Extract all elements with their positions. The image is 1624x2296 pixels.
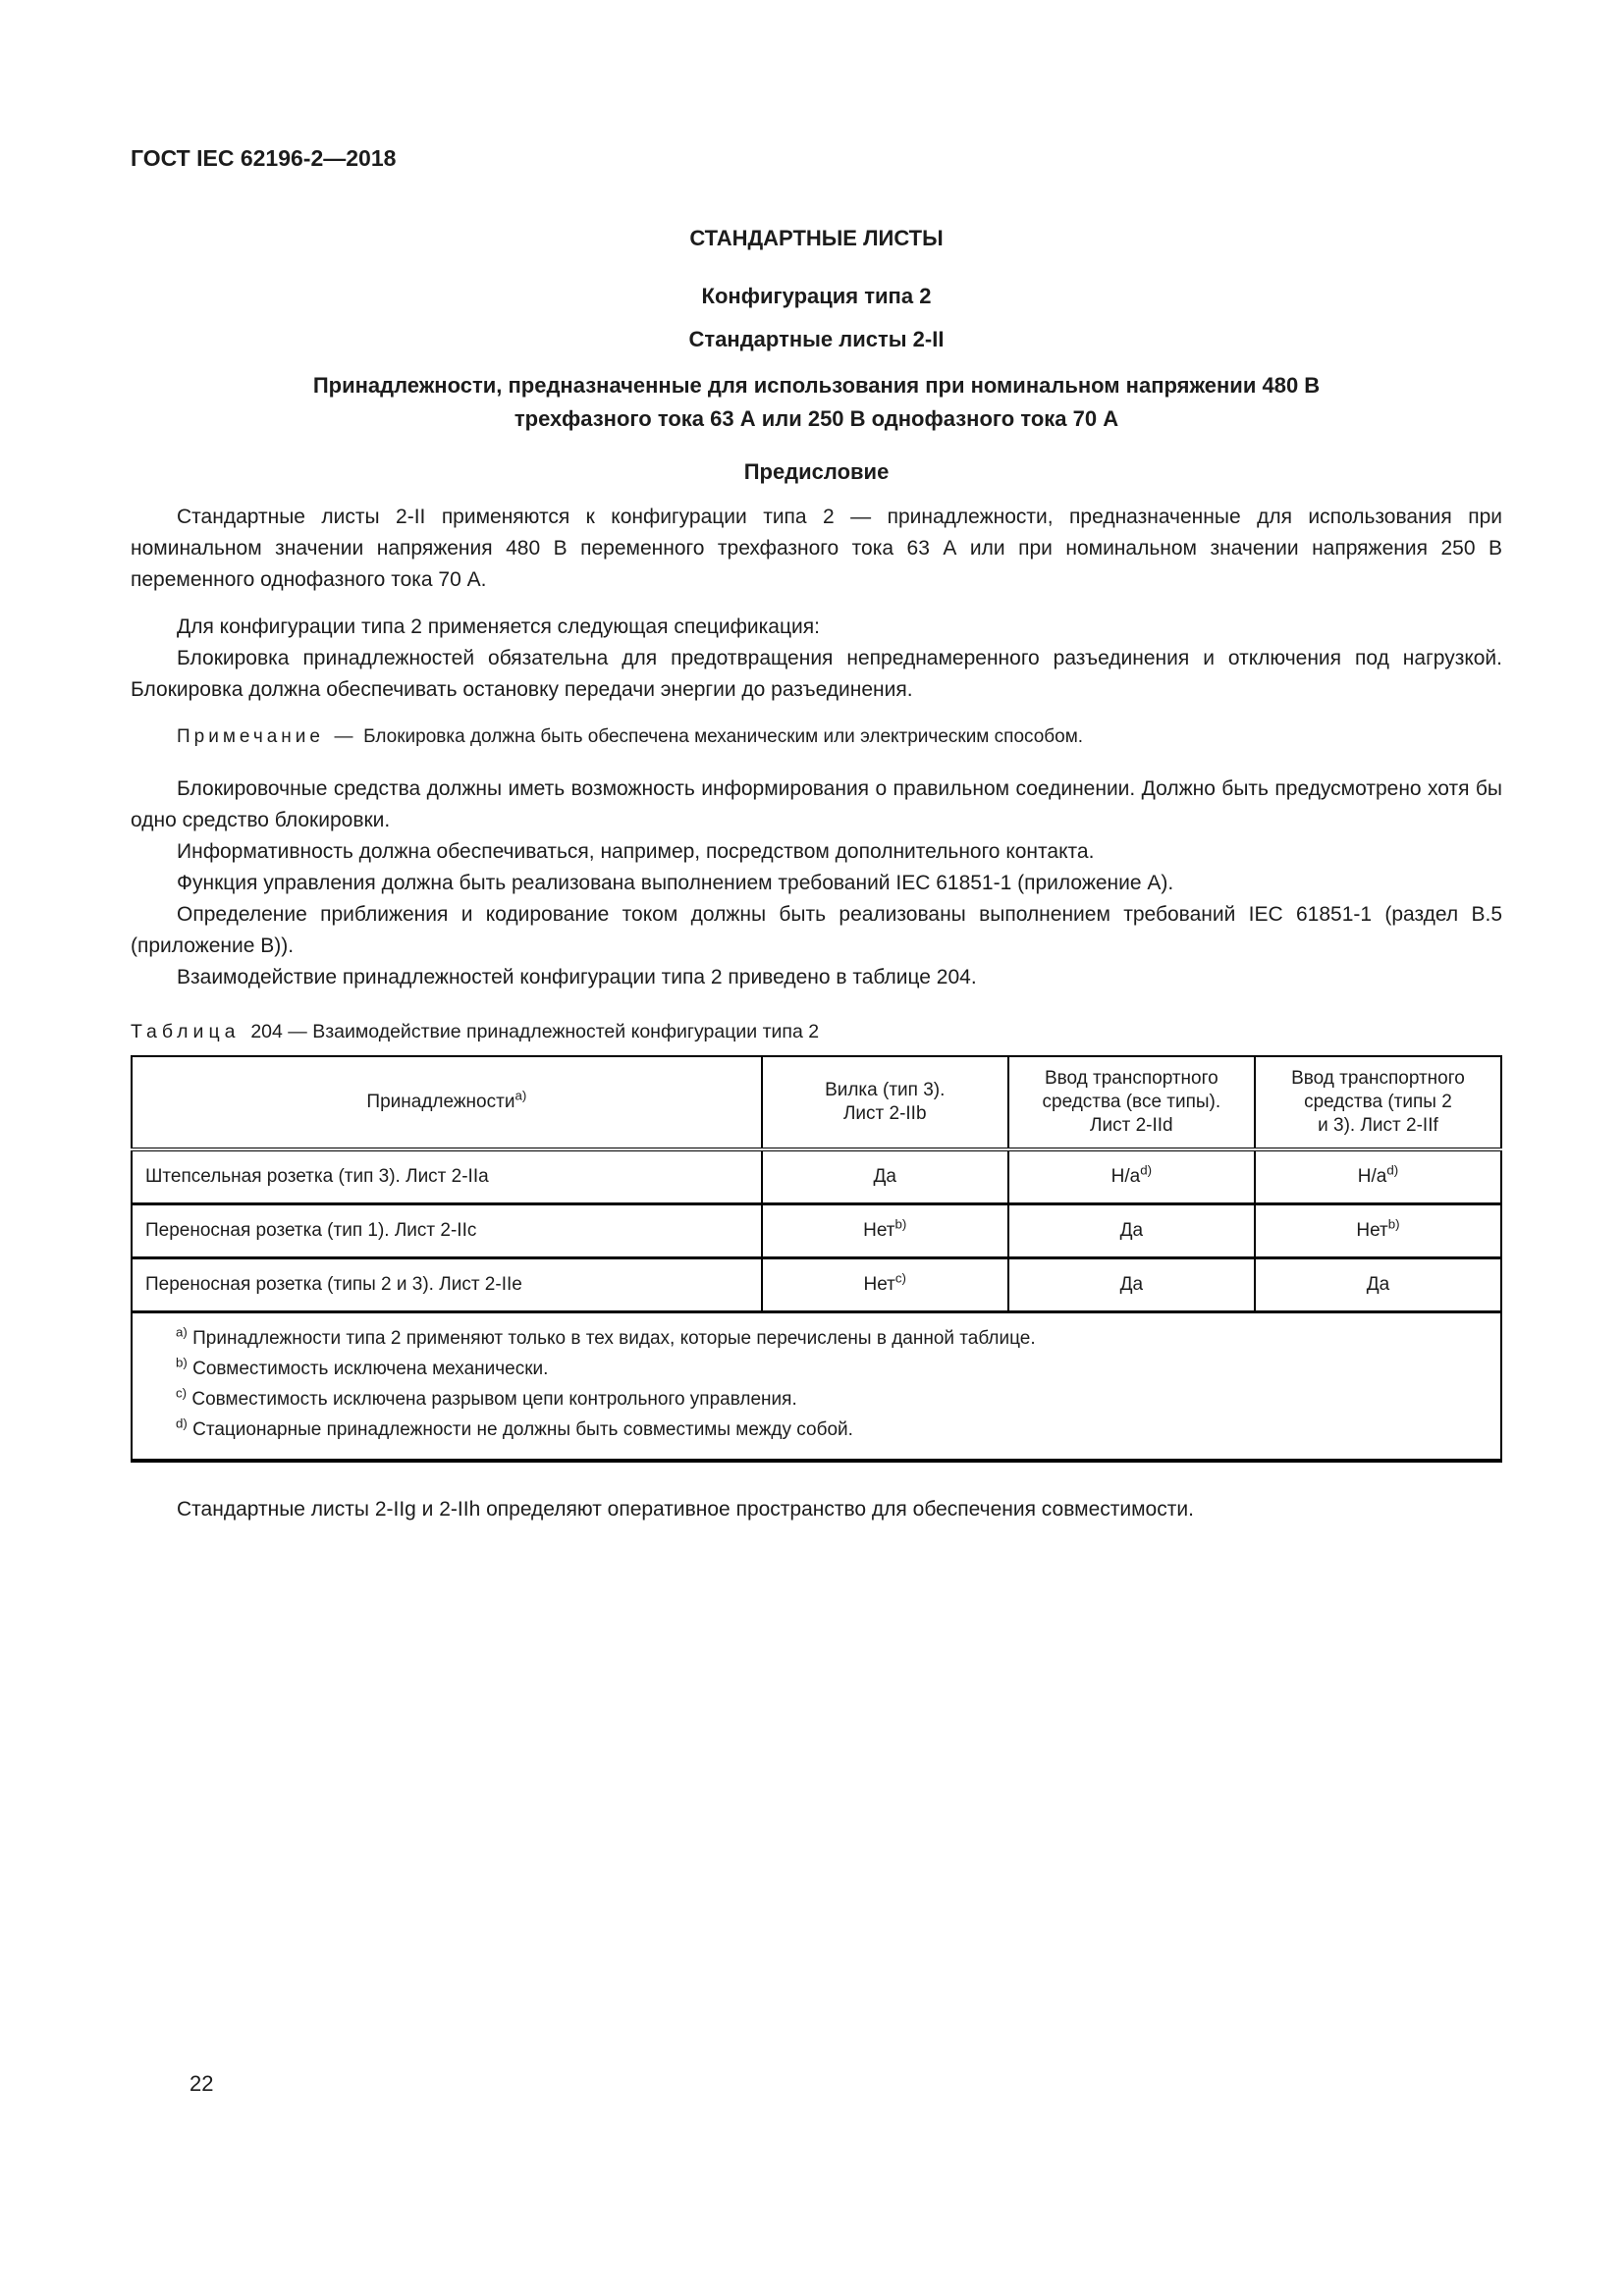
footnote-c: c) Совместимость исключена разрывом цепи… — [176, 1384, 1490, 1415]
paragraph-proximity-coding: Определение приближения и кодирование то… — [131, 899, 1502, 962]
table-caption-label: Таблица — [131, 1021, 240, 1042]
cell-value: Нетb) — [1255, 1204, 1501, 1258]
row-name: Штепсельная розетка (тип 3). Лист 2-IIa — [132, 1149, 762, 1204]
column-header-accessories: Принадлежностиa) — [132, 1056, 762, 1149]
footnote-b: b) Совместимость исключена механически. — [176, 1354, 1490, 1384]
table-caption-dash: — — [288, 1021, 307, 1042]
title-accessories-rating: Принадлежности, предназначенные для испо… — [131, 369, 1502, 436]
title-sheets-2ii: Стандартные листы 2-II — [131, 327, 1502, 352]
cell-value: Да — [762, 1149, 1008, 1204]
footnote-a: a) Принадлежности типа 2 применяют тольк… — [176, 1323, 1490, 1354]
column-header-vehicle-inlet-2-3: Ввод транспортного средства (типы 2 и 3)… — [1255, 1056, 1501, 1149]
table-row: Переносная розетка (типы 2 и 3). Лист 2-… — [132, 1258, 1501, 1312]
paragraph-specification: Для конфигурации типа 2 применяется след… — [131, 612, 1502, 643]
paragraph-scope: Стандартные листы 2-II применяются к кон… — [131, 502, 1502, 596]
cell-value: Да — [1255, 1258, 1501, 1312]
column-header-vehicle-inlet-all: Ввод транспортного средства (все типы). … — [1008, 1056, 1255, 1149]
paragraph-latching: Блокировка принадлежностей обязательна д… — [131, 643, 1502, 706]
cell-value: Н/аd) — [1255, 1149, 1501, 1204]
column-header-plug: Вилка (тип 3). Лист 2-IIb — [762, 1056, 1008, 1149]
table-footnotes-row: a) Принадлежности типа 2 применяют тольк… — [132, 1312, 1501, 1462]
row-name: Переносная розетка (тип 1). Лист 2-IIc — [132, 1204, 762, 1258]
table-caption-title: Взаимодействие принадлежностей конфигура… — [312, 1021, 819, 1042]
note: Примечание — Блокировка должна быть обес… — [131, 724, 1502, 750]
title-configuration-type2: Конфигурация типа 2 — [131, 284, 1502, 309]
paragraph-operative-space: Стандартные листы 2-IIg и 2-IIh определя… — [131, 1494, 1502, 1525]
row-name: Переносная розетка (типы 2 и 3). Лист 2-… — [132, 1258, 762, 1312]
paragraph-locking-means: Блокировочные средства должны иметь возм… — [131, 774, 1502, 836]
table-header-row: Принадлежностиa) Вилка (тип 3). Лист 2-I… — [132, 1056, 1501, 1149]
cell-value: Нетb) — [762, 1204, 1008, 1258]
cell-value: Да — [1008, 1204, 1255, 1258]
cell-value: Да — [1008, 1258, 1255, 1312]
doc-number: ГОСТ IEC 62196-2—2018 — [131, 0, 1502, 171]
table-row: Штепсельная розетка (тип 3). Лист 2-IIa … — [132, 1149, 1501, 1204]
table-caption-number: 204 — [250, 1021, 283, 1042]
note-dash: — — [335, 726, 353, 747]
paragraph-informativeness: Информативность должна обеспечиваться, н… — [131, 836, 1502, 868]
footnote-d: d) Стационарные принадлежности не должны… — [176, 1415, 1490, 1445]
title-standard-sheets: СТАНДАРТНЫЕ ЛИСТЫ — [131, 226, 1502, 251]
title-foreword: Предисловие — [131, 459, 1502, 485]
document-page: ГОСТ IEC 62196-2—2018 СТАНДАРТНЫЕ ЛИСТЫ … — [0, 0, 1624, 2296]
paragraph-control-function: Функция управления должна быть реализова… — [131, 868, 1502, 899]
cell-value: Н/аd) — [1008, 1149, 1255, 1204]
interaction-table: Принадлежностиa) Вилка (тип 3). Лист 2-I… — [131, 1055, 1502, 1463]
page-number: 22 — [189, 2071, 213, 2097]
paragraph-interaction-ref: Взаимодействие принадлежностей конфигура… — [131, 962, 1502, 993]
table-caption: Таблица 204 — Взаимодействие принадлежно… — [131, 1020, 1502, 1043]
cell-value: Нетc) — [762, 1258, 1008, 1312]
note-text: Блокировка должна быть обеспечена механи… — [363, 726, 1083, 747]
table-row: Переносная розетка (тип 1). Лист 2-IIc Н… — [132, 1204, 1501, 1258]
note-label: Примечание — [177, 726, 324, 747]
